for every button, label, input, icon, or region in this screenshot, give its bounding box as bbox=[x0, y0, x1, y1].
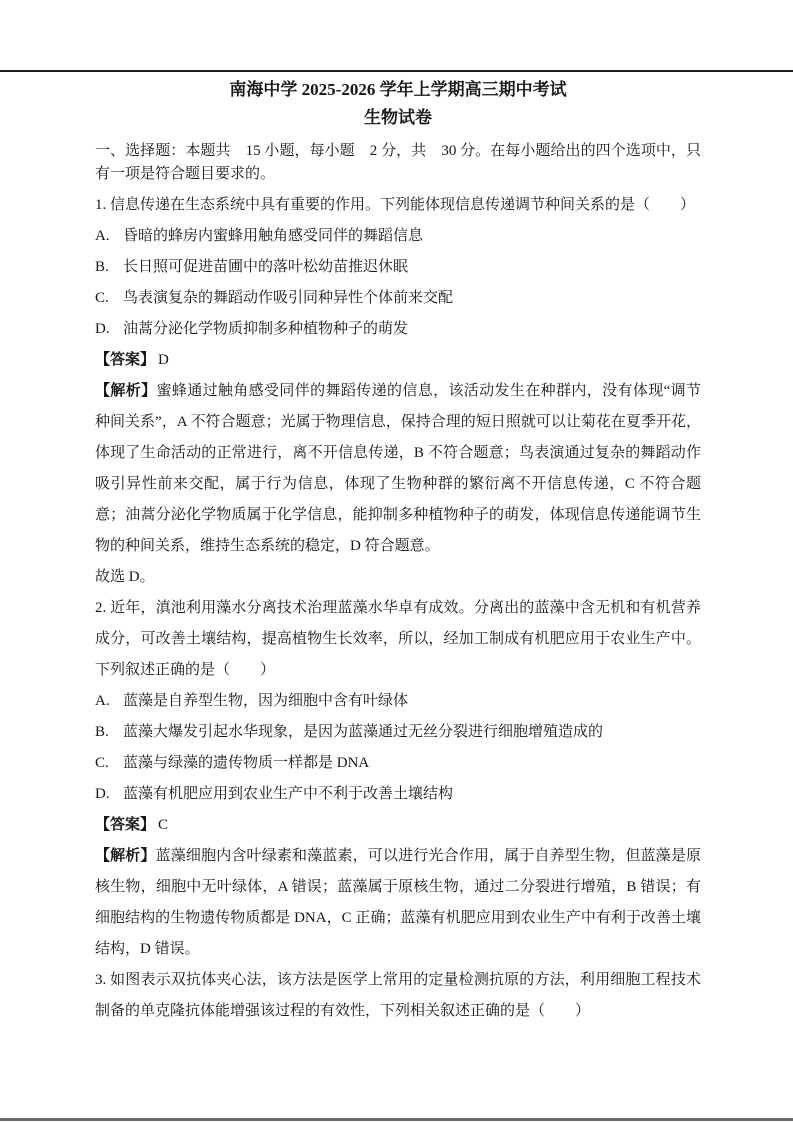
option-label: C. bbox=[95, 748, 123, 779]
analysis-paragraph: 【解析】蜜蜂通过触角感受同伴的舞蹈传递的信息，该活动发生在种群内，没有体现“调节… bbox=[95, 376, 701, 562]
option-label: C. bbox=[95, 283, 123, 314]
page-bottom-edge bbox=[0, 1118, 793, 1121]
answer-row: 【答案】C bbox=[95, 810, 701, 841]
answer-label: 【答案】 bbox=[95, 352, 155, 368]
question-stem: 3. 如图表示双抗体夹心法，该方法是医学上常用的定量检测抗原的方法，利用细胞工程… bbox=[95, 965, 701, 1027]
option-text: 蓝藻有机肥应用到农业生产中不利于改善土壤结构 bbox=[123, 786, 453, 802]
option-row: A.蓝藻是自养型生物，因为细胞中含有叶绿体 bbox=[95, 686, 701, 717]
question-stem: 1. 信息传递在生态系统中具有重要的作用。下列能体现信息传递调节种间关系的是（ … bbox=[95, 190, 701, 221]
option-row: C.鸟表演复杂的舞蹈动作吸引同种异性个体前来交配 bbox=[95, 283, 701, 314]
question-2: 2. 近年，滇池利用藻水分离技术治理蓝藻水华卓有成效。分离出的蓝藻中含无机和有机… bbox=[95, 593, 701, 965]
answer-value: D bbox=[158, 352, 169, 368]
option-label: B. bbox=[95, 717, 123, 748]
exam-content: 南海中学 2025-2026 学年上学期高三期中考试 生物试卷 一、选择题：本题… bbox=[0, 76, 793, 1027]
option-label: A. bbox=[95, 221, 123, 252]
option-row: D.蓝藻有机肥应用到农业生产中不利于改善土壤结构 bbox=[95, 779, 701, 810]
analysis-label: 【解析】 bbox=[95, 383, 156, 399]
analysis-text: 蜜蜂通过触角感受同伴的舞蹈传递的信息，该活动发生在种群内，没有体现“调节种间关系… bbox=[95, 383, 701, 554]
option-text: 油蒿分泌化学物质抑制多种植物种子的萌发 bbox=[123, 321, 408, 337]
option-label: A. bbox=[95, 686, 123, 717]
option-row: C.蓝藻与绿藻的遗传物质一样都是 DNA bbox=[95, 748, 701, 779]
option-text: 蓝藻是自养型生物，因为细胞中含有叶绿体 bbox=[123, 693, 408, 709]
option-label: D. bbox=[95, 314, 123, 345]
option-row: A.昏暗的蜂房内蜜蜂用触角感受同伴的舞蹈信息 bbox=[95, 221, 701, 252]
page-subtitle: 生物试卷 bbox=[95, 104, 701, 132]
exam-page: { "document": { "title": "南海中学 2025-2026… bbox=[0, 0, 793, 1122]
answer-row: 【答案】D bbox=[95, 345, 701, 376]
option-row: D.油蒿分泌化学物质抑制多种植物种子的萌发 bbox=[95, 314, 701, 345]
option-label: D. bbox=[95, 779, 123, 810]
option-label: B. bbox=[95, 252, 123, 283]
analysis-text: 蓝藻细胞内含叶绿素和藻蓝素，可以进行光合作用，属于自养型生物，但蓝藻是原核生物，… bbox=[95, 848, 701, 957]
section-intro: 一、选择题：本题共 15 小题，每小题 2 分，共 30 分。在每小题给出的四个… bbox=[95, 140, 701, 186]
analysis-paragraph: 【解析】蓝藻细胞内含叶绿素和藻蓝素，可以进行光合作用，属于自养型生物，但蓝藻是原… bbox=[95, 841, 701, 965]
question-3: 3. 如图表示双抗体夹心法，该方法是医学上常用的定量检测抗原的方法，利用细胞工程… bbox=[95, 965, 701, 1027]
option-text: 昏暗的蜂房内蜜蜂用触角感受同伴的舞蹈信息 bbox=[123, 228, 423, 244]
option-text: 蓝藻大爆发引起水华现象，是因为蓝藻通过无丝分裂进行细胞增殖造成的 bbox=[123, 724, 603, 740]
question-stem: 2. 近年，滇池利用藻水分离技术治理蓝藻水华卓有成效。分离出的蓝藻中含无机和有机… bbox=[95, 593, 701, 686]
question-1: 1. 信息传递在生态系统中具有重要的作用。下列能体现信息传递调节种间关系的是（ … bbox=[95, 190, 701, 593]
answer-label: 【答案】 bbox=[95, 817, 155, 833]
option-text: 鸟表演复杂的舞蹈动作吸引同种异性个体前来交配 bbox=[123, 290, 453, 306]
analysis-label: 【解析】 bbox=[95, 848, 156, 864]
header-rule bbox=[0, 70, 793, 72]
option-text: 蓝藻与绿藻的遗传物质一样都是 DNA bbox=[123, 755, 369, 771]
conclusion-line: 故选 D。 bbox=[95, 562, 701, 593]
option-row: B.长日照可促进苗圃中的落叶松幼苗推迟休眠 bbox=[95, 252, 701, 283]
answer-value: C bbox=[158, 817, 168, 833]
option-row: B.蓝藻大爆发引起水华现象，是因为蓝藻通过无丝分裂进行细胞增殖造成的 bbox=[95, 717, 701, 748]
page-title: 南海中学 2025-2026 学年上学期高三期中考试 bbox=[95, 76, 701, 104]
option-text: 长日照可促进苗圃中的落叶松幼苗推迟休眠 bbox=[123, 259, 408, 275]
